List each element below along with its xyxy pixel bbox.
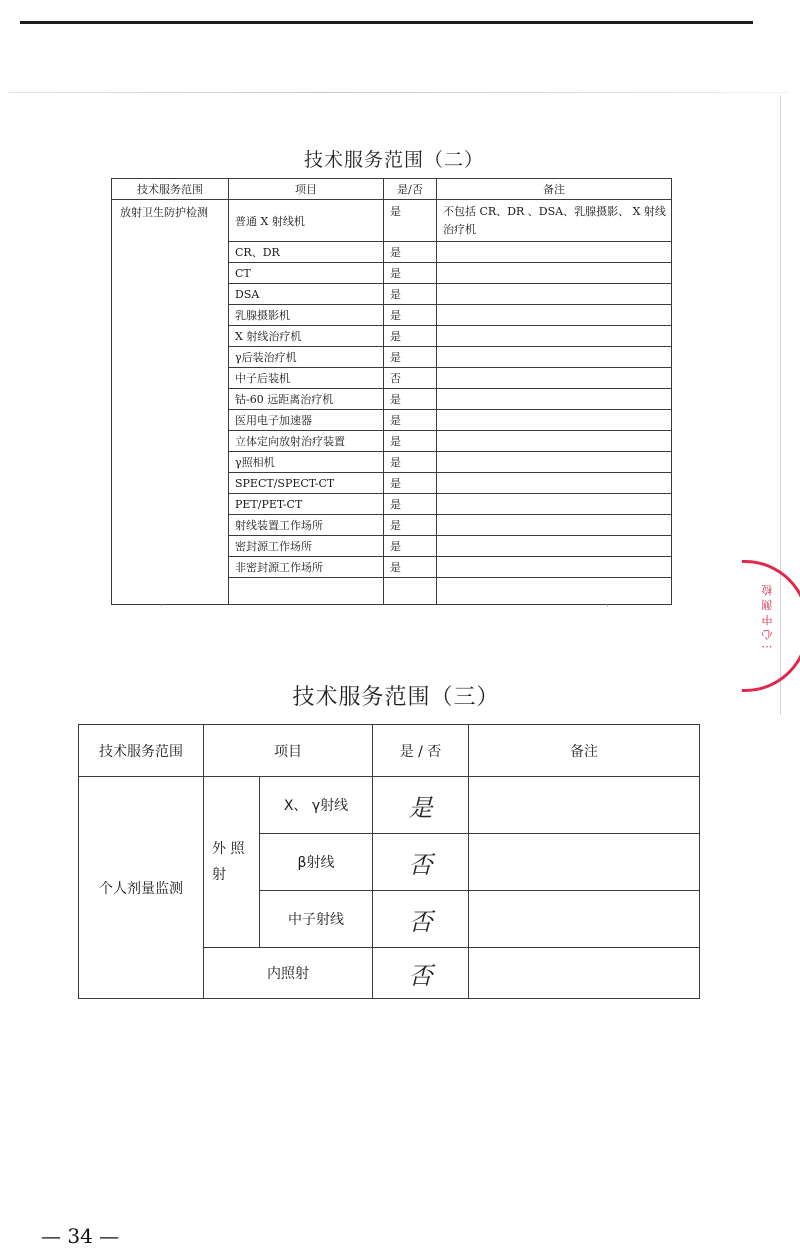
note-cell [469, 777, 700, 834]
note-cell [437, 389, 672, 410]
item-cell: 中子射线 [260, 891, 373, 948]
internal-exposure-cell: 内照射 [204, 948, 373, 999]
note-cell [437, 515, 672, 536]
note-cell [437, 536, 672, 557]
scope-cell: 放射卫生防护检测 [112, 200, 229, 605]
yes-no-cell: 是 [384, 263, 437, 284]
yes-no-cell: 是 [384, 242, 437, 263]
item-cell: X、 γ射线 [260, 777, 373, 834]
handwritten-yes-no: 否 [373, 948, 469, 999]
yes-no-cell: 是 [384, 494, 437, 515]
header-item: 项目 [229, 179, 384, 200]
note-cell [437, 557, 672, 578]
header-scope: 技术服务范围 [112, 179, 229, 200]
note-cell [437, 347, 672, 368]
table-header-row: 技术服务范围 项目 是/否 备注 [112, 179, 672, 200]
item-cell: 中子后装机 [229, 368, 384, 389]
yes-no-cell: 是 [384, 557, 437, 578]
yes-no-cell: 是 [384, 536, 437, 557]
header-scope: 技术服务范围 [79, 725, 204, 777]
scan-edge-line [8, 92, 788, 93]
note-cell [437, 431, 672, 452]
yes-no-cell: 否 [384, 368, 437, 389]
note-cell [437, 326, 672, 347]
note-cell [437, 494, 672, 515]
item-cell: γ后装治疗机 [229, 347, 384, 368]
item-cell: 密封源工作场所 [229, 536, 384, 557]
handwritten-yes-no: 否 [373, 834, 469, 891]
yes-no-cell: 是 [384, 200, 437, 242]
note-cell [437, 284, 672, 305]
item-cell: 立体定向放射治疗装置 [229, 431, 384, 452]
header-rule [20, 21, 753, 24]
scan-speck: ˈ [160, 604, 163, 615]
header-yes-no: 是/否 [384, 179, 437, 200]
item-cell: SPECT/SPECT-CT [229, 473, 384, 494]
item-cell: β射线 [260, 834, 373, 891]
item-cell: X 射线治疗机 [229, 326, 384, 347]
item-cell: CT [229, 263, 384, 284]
item-cell: γ照相机 [229, 452, 384, 473]
note-cell [437, 452, 672, 473]
item-cell: 钴-60 远距离治疗机 [229, 389, 384, 410]
item-cell: 普通 X 射线机 [229, 200, 384, 242]
stamp-text: …心中测检 [760, 582, 774, 657]
note-cell [437, 263, 672, 284]
item-cell: CR、DR [229, 242, 384, 263]
scan-speck: ˈ [606, 604, 609, 615]
note-cell [469, 834, 700, 891]
header-yes-no: 是 / 否 [373, 725, 469, 777]
note-cell [437, 578, 672, 605]
yes-no-cell: 是 [384, 305, 437, 326]
service-scope-table-2: 技术服务范围 项目 是/否 备注 放射卫生防护检测 普通 X 射线机 是 不包括… [111, 178, 672, 605]
table-row: 个人剂量监测 外 照 射 X、 γ射线 是 [79, 777, 700, 834]
item-cell: DSA [229, 284, 384, 305]
item-cell: 医用电子加速器 [229, 410, 384, 431]
external-exposure-cell: 外 照 射 [204, 777, 260, 948]
header-note: 备注 [437, 179, 672, 200]
item-cell: 乳腺摄影机 [229, 305, 384, 326]
item-cell: 非密封源工作场所 [229, 557, 384, 578]
note-cell: 不包括 CR、DR 、DSA、乳腺摄影、 X 射线治疗机 [437, 200, 672, 242]
yes-no-cell [384, 578, 437, 605]
scope-cell: 个人剂量监测 [79, 777, 204, 999]
handwritten-yes-no: 是 [373, 777, 469, 834]
handwritten-yes-no: 否 [373, 891, 469, 948]
service-scope-table-3: 技术服务范围 项目 是 / 否 备注 个人剂量监测 外 照 射 X、 γ射线 是… [78, 724, 700, 999]
section-title-2: 技术服务范围（二） [0, 145, 794, 172]
note-cell [469, 891, 700, 948]
table-header-row: 技术服务范围 项目 是 / 否 备注 [79, 725, 700, 777]
item-cell: PET/PET-CT [229, 494, 384, 515]
page-number: — 34 — [41, 1224, 119, 1248]
yes-no-cell: 是 [384, 515, 437, 536]
yes-no-cell: 是 [384, 326, 437, 347]
note-cell [469, 948, 700, 999]
section-title-3: 技术服务范围（三） [0, 680, 796, 711]
yes-no-cell: 是 [384, 452, 437, 473]
header-item: 项目 [204, 725, 373, 777]
item-cell: 射线装置工作场所 [229, 515, 384, 536]
yes-no-cell: 是 [384, 431, 437, 452]
yes-no-cell: 是 [384, 284, 437, 305]
table-row: 放射卫生防护检测 普通 X 射线机 是 不包括 CR、DR 、DSA、乳腺摄影、… [112, 200, 672, 242]
yes-no-cell: 是 [384, 347, 437, 368]
item-cell [229, 578, 384, 605]
note-cell [437, 305, 672, 326]
note-cell [437, 410, 672, 431]
note-cell [437, 473, 672, 494]
yes-no-cell: 是 [384, 410, 437, 431]
note-cell [437, 242, 672, 263]
note-cell [437, 368, 672, 389]
header-note: 备注 [469, 725, 700, 777]
yes-no-cell: 是 [384, 389, 437, 410]
yes-no-cell: 是 [384, 473, 437, 494]
